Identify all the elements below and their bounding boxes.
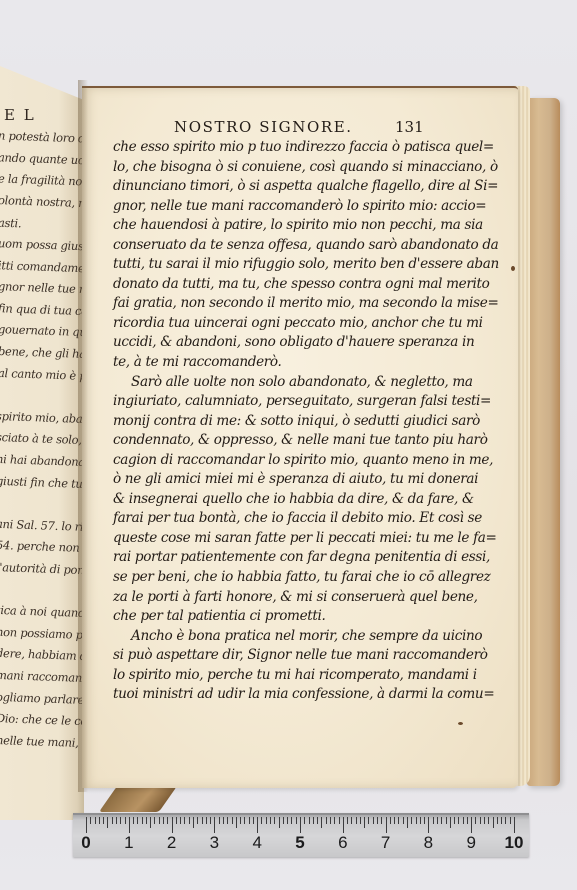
ruler-tick <box>480 817 481 824</box>
ruler-tick <box>193 817 194 828</box>
ruler-tick <box>154 817 155 824</box>
ruler-tick <box>257 817 258 833</box>
ruler-tick <box>386 817 387 833</box>
ruler-tick <box>266 817 267 824</box>
ruler-tick <box>364 817 365 828</box>
ruler-label: 6 <box>338 833 347 853</box>
ruler-tick <box>184 817 185 824</box>
ruler-tick <box>373 817 374 824</box>
ruler-label: 10 <box>505 833 524 853</box>
ruler-tick <box>347 817 348 824</box>
ruler-tick <box>441 817 442 824</box>
ruler-tick <box>450 817 451 828</box>
ruler-tick <box>433 817 434 824</box>
text-line: che hauendosi à patire, lo spirito mio n… <box>113 216 513 236</box>
ruler-tick <box>236 817 237 828</box>
ruler-tick <box>321 817 322 828</box>
ruler-tick <box>381 817 382 824</box>
ruler-tick <box>394 817 395 824</box>
ruler-tick <box>304 817 305 824</box>
left-text-line: giusti fin che tu mi ri= <box>0 473 84 491</box>
ruler-tick <box>214 817 215 833</box>
ruler-tick <box>107 817 108 828</box>
left-page: E L n potestà loro diando quante uoltee … <box>0 66 84 820</box>
measurement-ruler: 012345678910 <box>73 813 529 857</box>
ruler-tick <box>475 817 476 824</box>
left-text-line: ando quante uolte <box>0 150 84 168</box>
ruler-tick <box>283 817 284 824</box>
left-text-line: ni hai abandonato: mi <box>0 452 84 470</box>
text-line: se per beni, che io habbia fatto, tu far… <box>113 568 513 588</box>
ruler-tick <box>488 817 489 824</box>
text-line: conseruato da te senza offesa, quando sa… <box>113 236 513 256</box>
text-line: gnor, nelle tue mani raccomanderò lo spi… <box>113 197 513 217</box>
ruler-tick <box>287 817 288 824</box>
ruler-tick <box>368 817 369 824</box>
left-text-line: spirito mio, abandona <box>0 409 84 427</box>
left-text-line: ogliamo parlare, oue= <box>0 689 84 707</box>
left-text-line: gnor nelle tue mani <box>0 279 84 297</box>
ruler-tick <box>454 817 455 824</box>
ruler-tick <box>416 817 417 824</box>
ruler-tick <box>112 817 113 824</box>
text-line: queste cose mi saran fatte per li peccat… <box>113 529 513 549</box>
ruler-label: 7 <box>381 833 390 853</box>
text-line: Ancho è bona pratica nel morir, che semp… <box>113 627 513 647</box>
text-line: fai gratia, non secondo il merito mio, m… <box>113 294 513 314</box>
text-line: ricordia tua uincerai ogni peccato mio, … <box>113 314 513 334</box>
left-text-line: sciato à te solo, cui è <box>0 430 84 448</box>
text-line: che per tal patientia ci prometti. <box>113 607 513 627</box>
text-line: farai per tua bontà, che io faccia il de… <box>113 509 513 529</box>
text-line: che esso spirito mio p tuo indirezzo fac… <box>113 138 513 158</box>
page-number: 131 <box>395 118 424 136</box>
foxing-spot <box>511 266 515 271</box>
ruler-tick <box>446 817 447 824</box>
ruler-tick <box>227 817 228 824</box>
ruler-tick <box>159 817 160 824</box>
left-text-line: Dio: che ce le com= <box>0 711 84 729</box>
ruler-tick <box>167 817 168 824</box>
text-line: & insegnerai quello che io habbia da dir… <box>113 490 513 510</box>
ruler-tick <box>403 817 404 824</box>
ruler-tick <box>505 817 506 824</box>
ruler-tick <box>467 817 468 824</box>
ruler-tick <box>163 817 164 824</box>
ruler-tick <box>99 817 100 824</box>
left-text-line: e la fragilità no= <box>0 172 84 189</box>
ruler-tick <box>339 817 340 824</box>
ruler-tick <box>120 817 121 824</box>
ruler-label: 1 <box>124 833 133 853</box>
text-line: Sarò alle uolte non solo abandonato, & n… <box>113 373 513 393</box>
ruler-label: 8 <box>424 833 433 853</box>
ruler-tick <box>326 817 327 824</box>
text-line: te, à te mi raccomanderò. <box>113 353 513 373</box>
text-line: uccidi, & abandoni, sono obligato d'haue… <box>113 333 513 353</box>
left-text-line: tica à noi quando sia= <box>0 603 84 621</box>
left-text-line: olontà nostra, mas= <box>0 193 84 211</box>
left-text-line: dere, habbiam da ri= <box>0 646 84 664</box>
ruler-tick <box>309 817 310 824</box>
ruler-tick <box>317 817 318 824</box>
running-head: NOSTRO SIGNORE. <box>174 118 353 136</box>
ruler-tick <box>458 817 459 824</box>
gutter-shadow <box>78 80 88 792</box>
ruler-tick <box>428 817 429 833</box>
text-line: monij contra di me: & sotto iniqui, ò se… <box>113 412 513 432</box>
body-text: che esso spirito mio p tuo indirezzo fac… <box>113 138 513 705</box>
ruler-tick <box>125 817 126 824</box>
ruler-tick <box>274 817 275 824</box>
left-text-line: asti. <box>0 216 21 231</box>
ruler-tick <box>253 817 254 824</box>
ruler-tick <box>219 817 220 824</box>
ruler-tick <box>95 817 96 824</box>
ruler-tick <box>197 817 198 824</box>
ruler-tick <box>407 817 408 828</box>
ruler-tick <box>133 817 134 824</box>
left-text-line: gouernato in questo <box>0 322 84 340</box>
left-text-line: bene, che gli hai da= <box>0 344 84 362</box>
text-line: tuoi ministri ad udir la mia confessione… <box>113 685 513 705</box>
ruler-tick <box>150 817 151 828</box>
ruler-tick <box>497 817 498 824</box>
left-text-line: uom possa giusta= <box>0 236 84 254</box>
left-text-line: n potestà loro di <box>0 128 84 145</box>
ruler-tick <box>424 817 425 824</box>
ruler-tick <box>313 817 314 824</box>
text-line: donato da tutti, ma tu, che spesso contr… <box>113 275 513 295</box>
ruler-tick <box>176 817 177 824</box>
ruler-tick <box>420 817 421 824</box>
ruler-label: 4 <box>252 833 261 853</box>
text-line: ingiuriato, calumniato, perseguitato, su… <box>113 392 513 412</box>
ruler-tick <box>90 817 91 824</box>
ruler-tick <box>493 817 494 828</box>
foxing-spot <box>458 722 463 725</box>
left-text-line: 54. perche non aban= <box>0 538 84 556</box>
ruler-tick <box>330 817 331 824</box>
ruler-tick <box>189 817 190 824</box>
text-line: rai portar patientemente con far degna p… <box>113 548 513 568</box>
left-text-line: non possiamo persua= <box>0 625 84 643</box>
text-line: condennato, & oppresso, & nelle mani tue… <box>113 431 513 451</box>
ruler-tick <box>270 817 271 824</box>
ruler-tick <box>351 817 352 824</box>
ruler-tick <box>240 817 241 824</box>
ruler-tick <box>103 817 104 824</box>
left-text-line: itti comandamenti, <box>0 258 84 276</box>
ruler-tick <box>437 817 438 824</box>
text-line: tutti, tu sarai il mio rifuggio solo, me… <box>113 255 513 275</box>
text-line: cagion di raccomandar lo spirito mio, qu… <box>113 451 513 471</box>
ruler-tick <box>343 817 344 833</box>
ruler-tick <box>377 817 378 824</box>
ruler-tick <box>137 817 138 824</box>
ruler-tick <box>206 817 207 824</box>
left-text-line: fin qua di tua com= <box>0 301 84 319</box>
text-line: lo spirito mio, perche tu mi hai ricompe… <box>113 666 513 686</box>
ruler-tick <box>86 817 87 833</box>
left-text-line: al canto mio è procè= <box>0 365 84 383</box>
ruler-tick <box>334 817 335 824</box>
left-text-line: mani raccomanderò lo <box>0 668 84 686</box>
ruler-tick <box>129 817 130 833</box>
book-cover-edge <box>527 98 560 786</box>
ruler-tick <box>249 817 250 824</box>
ruler-tick <box>116 817 117 824</box>
ruler-tick <box>223 817 224 824</box>
ruler-tick <box>411 817 412 824</box>
ruler-tick <box>471 817 472 833</box>
ruler-label: 2 <box>167 833 176 853</box>
ruler-tick <box>510 817 511 824</box>
ruler-tick <box>142 817 143 824</box>
ruler-tick <box>463 817 464 824</box>
ruler-tick <box>356 817 357 824</box>
ruler-tick <box>146 817 147 824</box>
ruler-tick <box>398 817 399 824</box>
ruler-label: 3 <box>210 833 219 853</box>
ruler-tick <box>360 817 361 824</box>
ruler-tick <box>514 817 515 833</box>
ruler-tick <box>484 817 485 824</box>
text-line: lo, che bisogna ò si conuiene, così quan… <box>113 158 513 178</box>
text-line: za le porti à farti honore, & mi si cons… <box>113 588 513 608</box>
left-text-line: nelle tue mani, accio <box>0 733 84 751</box>
ruler-tick <box>202 817 203 824</box>
left-text-line: ani Sal. 57. lo riceuet= <box>0 517 84 535</box>
ruler-tick <box>261 817 262 824</box>
text-line: si può aspettare dir, Signor nelle tue m… <box>113 646 513 666</box>
ruler-tick <box>390 817 391 824</box>
ruler-tick <box>244 817 245 824</box>
ruler-tick <box>180 817 181 824</box>
ruler-tick <box>232 817 233 824</box>
left-running-head: E L <box>4 106 36 124</box>
text-line: dinunciano timori, ò si aspetta qualche … <box>113 177 513 197</box>
left-text-line: l'autorità di ponergli <box>0 560 84 578</box>
ruler-tick <box>172 817 173 833</box>
ruler-label: 9 <box>466 833 475 853</box>
text-line: ò ne gli amici miei mi è speranza di aiu… <box>113 470 513 490</box>
ruler-label: 0 <box>81 833 90 853</box>
ruler-tick <box>210 817 211 824</box>
ruler-tick <box>279 817 280 828</box>
ruler-tick <box>501 817 502 824</box>
ruler-tick <box>296 817 297 824</box>
ruler-label: 5 <box>295 833 304 853</box>
ruler-tick <box>291 817 292 824</box>
ruler-tick <box>300 817 301 833</box>
